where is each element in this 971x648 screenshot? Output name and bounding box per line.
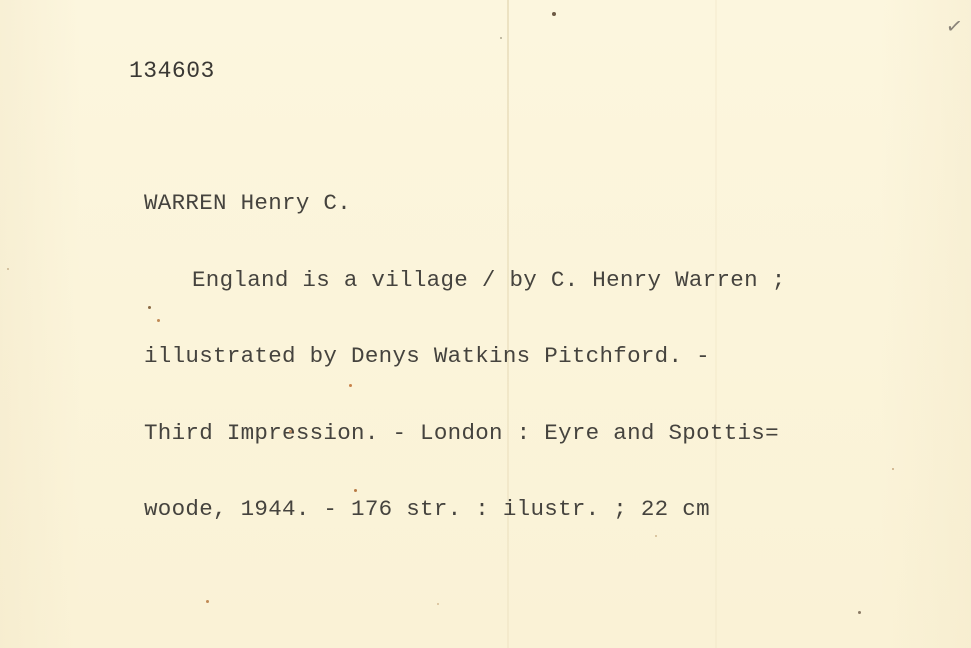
foxing-spot <box>157 319 160 322</box>
foxing-spot <box>500 37 502 39</box>
foxing-spot <box>148 306 151 309</box>
foxing-spot <box>655 535 657 537</box>
foxing-spot <box>552 12 556 16</box>
catalog-card: 134603 WARREN Henry C. England is a vill… <box>0 0 971 648</box>
foxing-spot <box>354 489 357 492</box>
foxing-spot <box>892 468 894 470</box>
foxing-spot <box>289 430 292 433</box>
foxing-spot <box>7 268 9 270</box>
check-mark-icon: ✓ <box>944 13 964 39</box>
foxing-spot <box>437 603 439 605</box>
bibliographic-entry: WARREN Henry C. England is a village / b… <box>144 140 786 574</box>
accession-number: 134603 <box>129 58 215 84</box>
author-heading: WARREN Henry C. <box>144 191 786 217</box>
foxing-spot <box>206 600 209 603</box>
collation-line: woode, 1944. - 176 str. : ilustr. ; 22 c… <box>144 497 786 523</box>
foxing-spot <box>349 384 352 387</box>
illustrator-line: illustrated by Denys Watkins Pitchford. … <box>144 344 786 370</box>
edition-publisher-line: Third Impression. - London : Eyre and Sp… <box>144 421 786 447</box>
foxing-spot <box>858 611 861 614</box>
title-line: England is a village / by C. Henry Warre… <box>144 268 786 294</box>
